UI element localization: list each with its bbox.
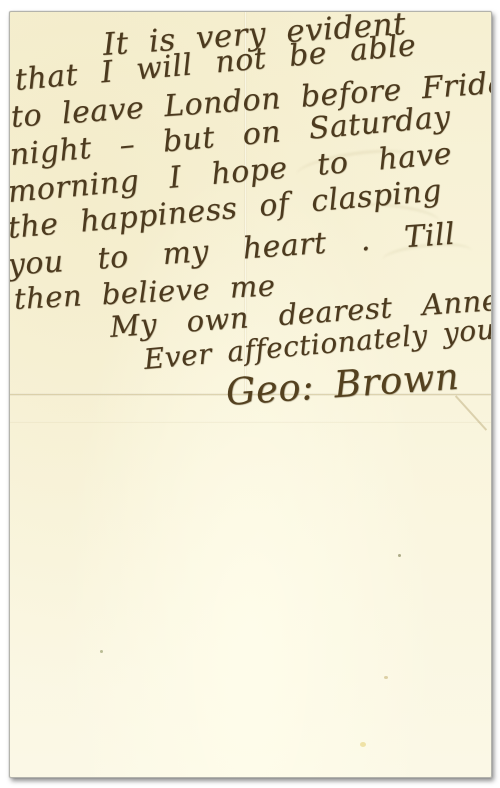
- scan-background: It is very evident that I will not be ab…: [0, 0, 500, 788]
- letter-body: It is very evident that I will not be ab…: [10, 12, 491, 777]
- letter-sheet: It is very evident that I will not be ab…: [9, 11, 492, 778]
